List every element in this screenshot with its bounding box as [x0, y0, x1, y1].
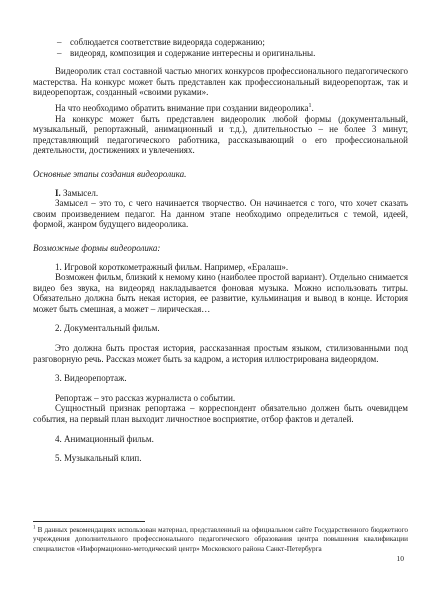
form-item-body: Репортаж – это рассказ журналиста о собы…: [33, 393, 408, 404]
paragraph-stage-one: Замысел – это то, с чего начинается твор…: [33, 198, 408, 230]
note-text: На что необходимо обратить внимание при …: [55, 103, 309, 113]
section-heading-stages: Основные этапы создания видеоролика.: [33, 169, 408, 180]
document-page: – соблюдается соответствие видеоряда сод…: [0, 0, 424, 600]
bullet-text: видеоряд, композиция и содержание интере…: [70, 48, 408, 59]
paragraph-contest-terms: На конкурс может быть представлен видеор…: [33, 114, 408, 156]
bullet-dash-icon: –: [57, 37, 70, 48]
form-item-title: 2. Документальный фильм.: [33, 323, 408, 334]
page-number: 10: [397, 554, 405, 565]
form-item-body: Возможен фильм, близкий к немому кино (н…: [33, 272, 408, 314]
form-item-title: 1. Игровой короткометражный фильм. Напри…: [33, 262, 408, 273]
paragraph-note: На что необходимо обратить внимание при …: [33, 103, 408, 114]
stage-title-text: Замысел.: [63, 188, 98, 198]
bullet-list: – соблюдается соответствие видеоряда сод…: [33, 37, 408, 58]
list-item: – видеоряд, композиция и содержание инте…: [33, 48, 408, 59]
footnote-text: В данных рекомендациях использован матер…: [33, 526, 408, 553]
footnote-separator: [33, 521, 145, 522]
bullet-dash-icon: –: [57, 48, 70, 59]
section-heading-forms: Возможные формы видеоролика:: [33, 243, 408, 254]
form-item-title: 5. Музыкальный клип.: [33, 453, 408, 464]
form-item-title: 4. Анимационный фильм.: [33, 434, 408, 445]
paragraph-intro: Видеоролик стал составной частью многих …: [33, 66, 408, 98]
form-item-body: Это должна быть простая история, рассказ…: [33, 343, 408, 364]
bullet-text: соблюдается соответствие видеоряда содер…: [70, 37, 408, 48]
form-item-body: Сущностный признак репортажа – корреспон…: [33, 403, 408, 424]
stage-numeral: I.: [55, 188, 61, 198]
footnote-marker: 1: [33, 526, 36, 531]
note-period: .: [312, 103, 314, 113]
list-item: – соблюдается соответствие видеоряда сод…: [33, 37, 408, 48]
form-item-title: 3. Видеорепортаж.: [33, 373, 408, 384]
footnote-area: 1 В данных рекомендациях использован мат…: [33, 521, 408, 554]
page-content: – соблюдается соответствие видеоряда сод…: [33, 37, 408, 464]
footnote: 1 В данных рекомендациях использован мат…: [33, 526, 408, 554]
stage-one-title: I. Замысел.: [33, 188, 408, 199]
